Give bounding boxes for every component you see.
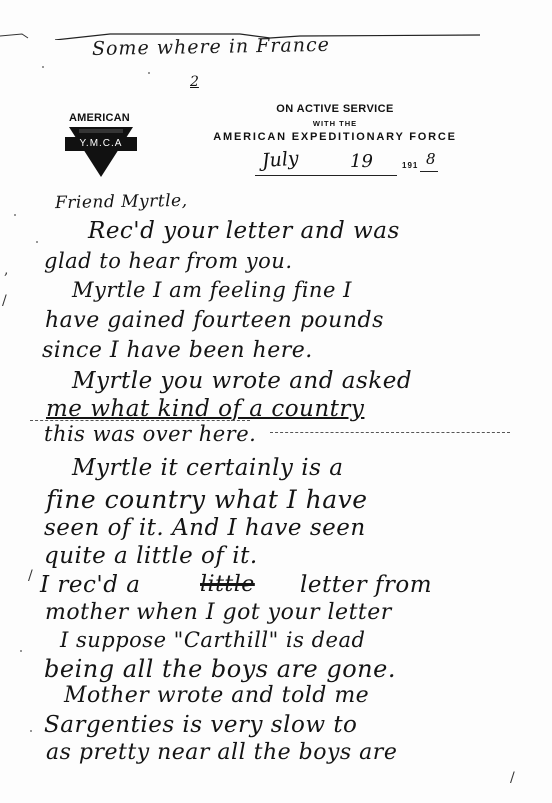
body-line: I suppose "Carthill" is dead [60, 628, 365, 652]
paper-speck [36, 241, 38, 243]
struck-word: little [200, 572, 255, 597]
letterhead-line-1: ON ACTIVE SERVICE [190, 103, 480, 115]
body-line: I rec'd a [40, 572, 140, 598]
salutation: Friend Myrtle, [55, 191, 188, 213]
ymca-triangle-icon [63, 127, 139, 179]
body-line: fine country what I have [46, 485, 368, 514]
letter-page: Some where in France 2 AMERICAN Y.M.C.A … [0, 0, 552, 803]
ink-rule [270, 432, 510, 433]
body-line: Sargenties is very slow to [44, 712, 357, 738]
date-year-suffix: 8 [426, 150, 436, 168]
letterhead-line-3: AMERICAN EXPEDITIONARY FORCE [190, 131, 480, 143]
paper-speck [20, 650, 22, 652]
page-number: 2 [190, 74, 199, 90]
body-line: letter from [300, 572, 432, 598]
date-day: 19 [350, 151, 373, 172]
body-line: seen of it. And I have seen [44, 515, 366, 541]
logo-word: AMERICAN [69, 112, 130, 124]
body-line: Myrtle I am feeling fine I [72, 278, 352, 302]
paper-speck [148, 72, 150, 74]
body-line: this was over here. [44, 422, 256, 446]
body-line: mother when I got your letter [45, 600, 392, 625]
margin-mark: / [510, 770, 515, 786]
body-line: Rec'd your letter and was [88, 218, 400, 244]
body-line: since I have been here. [42, 338, 313, 363]
margin-mark: , [4, 262, 8, 278]
letterhead-line-2: WITH THE [190, 119, 480, 128]
ymca-logo: AMERICAN Y.M.C.A [63, 112, 139, 178]
date-year-prefix: 191 [402, 161, 418, 170]
ink-rule [30, 420, 250, 421]
body-line: Mother wrote and told me [64, 683, 369, 708]
margin-mark: / [28, 568, 33, 584]
margin-mark: / [2, 293, 7, 309]
body-line: as pretty near all the boys are [46, 740, 397, 765]
body-line: Myrtle it certainly is a [72, 455, 343, 481]
body-line: glad to hear from you. [44, 249, 293, 273]
body-line: being all the boys are gone. [44, 655, 396, 683]
location-header: Some where in France [92, 34, 330, 60]
paper-speck [42, 66, 44, 68]
date-month: July [261, 147, 299, 172]
date-year-rule [420, 171, 438, 172]
body-line: Myrtle you wrote and asked [72, 368, 412, 394]
body-line: have gained fourteen pounds [45, 308, 384, 333]
paper-speck [14, 214, 16, 216]
logo-band-text: Y.M.C.A [71, 138, 131, 149]
paper-speck [30, 730, 32, 732]
body-line: quite a little of it. [44, 543, 258, 569]
body-line-underlined: me what kind of a country [46, 396, 364, 422]
date-rule [255, 175, 397, 176]
